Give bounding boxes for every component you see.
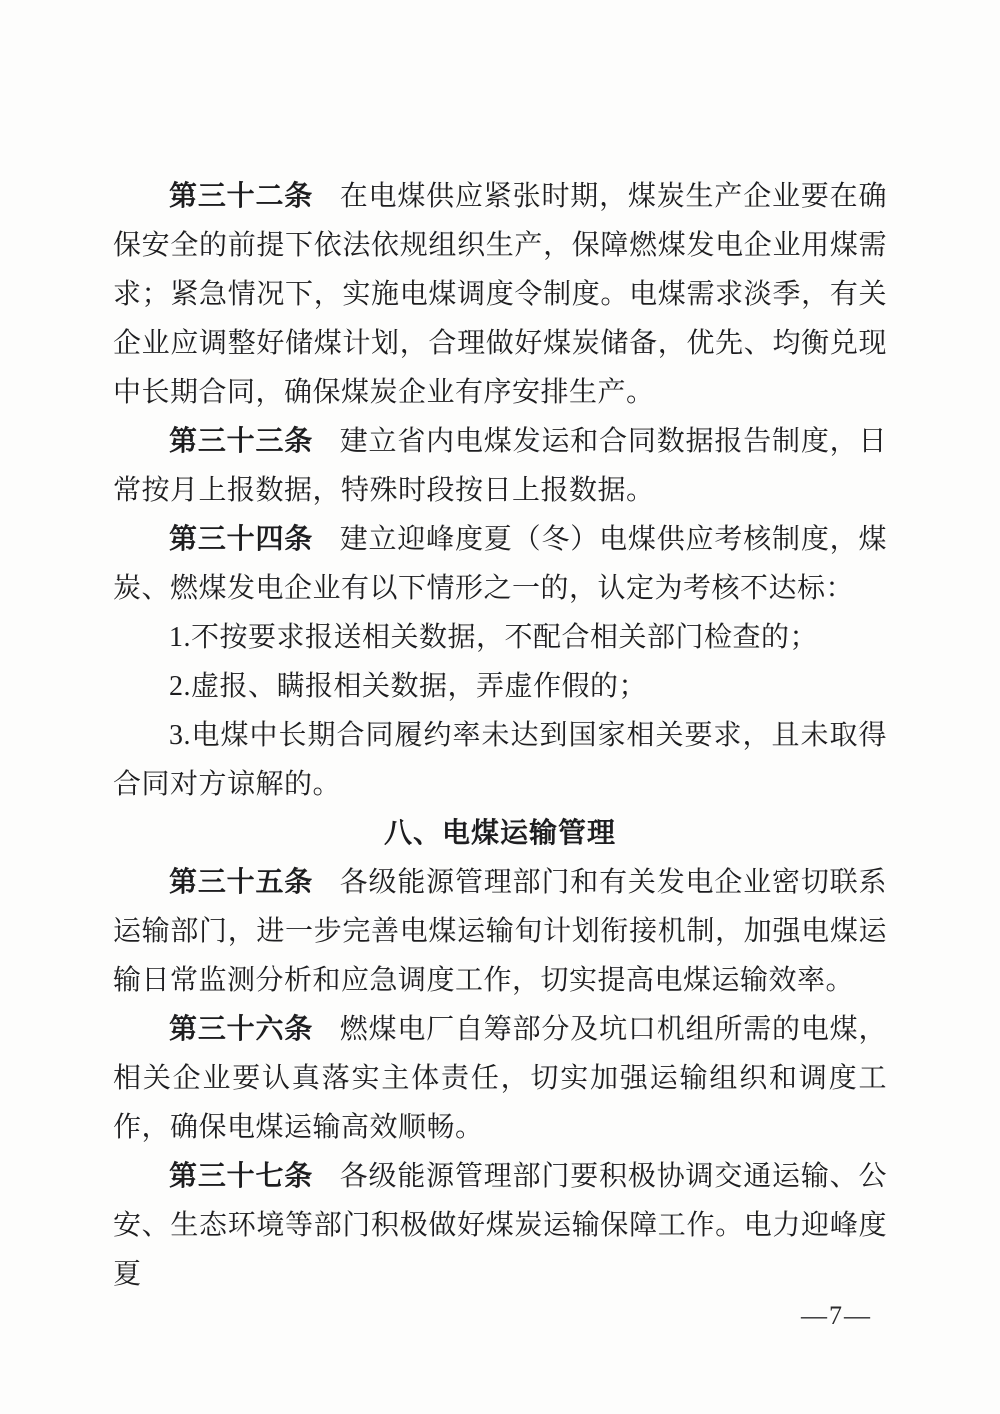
page-number: —7—: [801, 1301, 872, 1331]
article-number: 第三十六条: [169, 1014, 313, 1045]
article-paragraph: 第三十三条建立省内电煤发运和合同数据报告制度，日常按月上报数据，特殊时段按日上报…: [113, 417, 887, 515]
list-item-paragraph: 2.虚报、瞒报相关数据，弄虚作假的；: [113, 662, 887, 711]
article-paragraph: 第三十六条燃煤电厂自筹部分及坑口机组所需的电煤，相关企业要认真落实主体责任，切实…: [113, 1005, 887, 1152]
article-paragraph: 第三十七条各级能源管理部门要积极协调交通运输、公安、生态环境等部门积极做好煤炭运…: [113, 1152, 887, 1299]
article-paragraph: 第三十四条建立迎峰度夏（冬）电煤供应考核制度，煤炭、燃煤发电企业有以下情形之一的…: [113, 515, 887, 613]
article-number: 第三十三条: [169, 426, 313, 457]
section-heading: 八、电煤运输管理: [113, 809, 887, 858]
article-paragraph: 第三十二条在电煤供应紧张时期，煤炭生产企业要在确保安全的前提下依法依规组织生产，…: [113, 172, 887, 417]
document-page: 第三十二条在电煤供应紧张时期，煤炭生产企业要在确保安全的前提下依法依规组织生产，…: [0, 0, 1000, 1414]
document-body: 第三十二条在电煤供应紧张时期，煤炭生产企业要在确保安全的前提下依法依规组织生产，…: [113, 172, 887, 1299]
article-number: 第三十二条: [169, 181, 313, 212]
article-number: 第三十四条: [169, 524, 313, 555]
list-item-paragraph: 1.不按要求报送相关数据，不配合相关部门检查的；: [113, 613, 887, 662]
article-number: 第三十五条: [169, 867, 313, 898]
article-number: 第三十七条: [169, 1161, 313, 1192]
list-item-paragraph: 3.电煤中长期合同履约率未达到国家相关要求，且未取得合同对方谅解的。: [113, 711, 887, 809]
article-paragraph: 第三十五条各级能源管理部门和有关发电企业密切联系运输部门，进一步完善电煤运输旬计…: [113, 858, 887, 1005]
